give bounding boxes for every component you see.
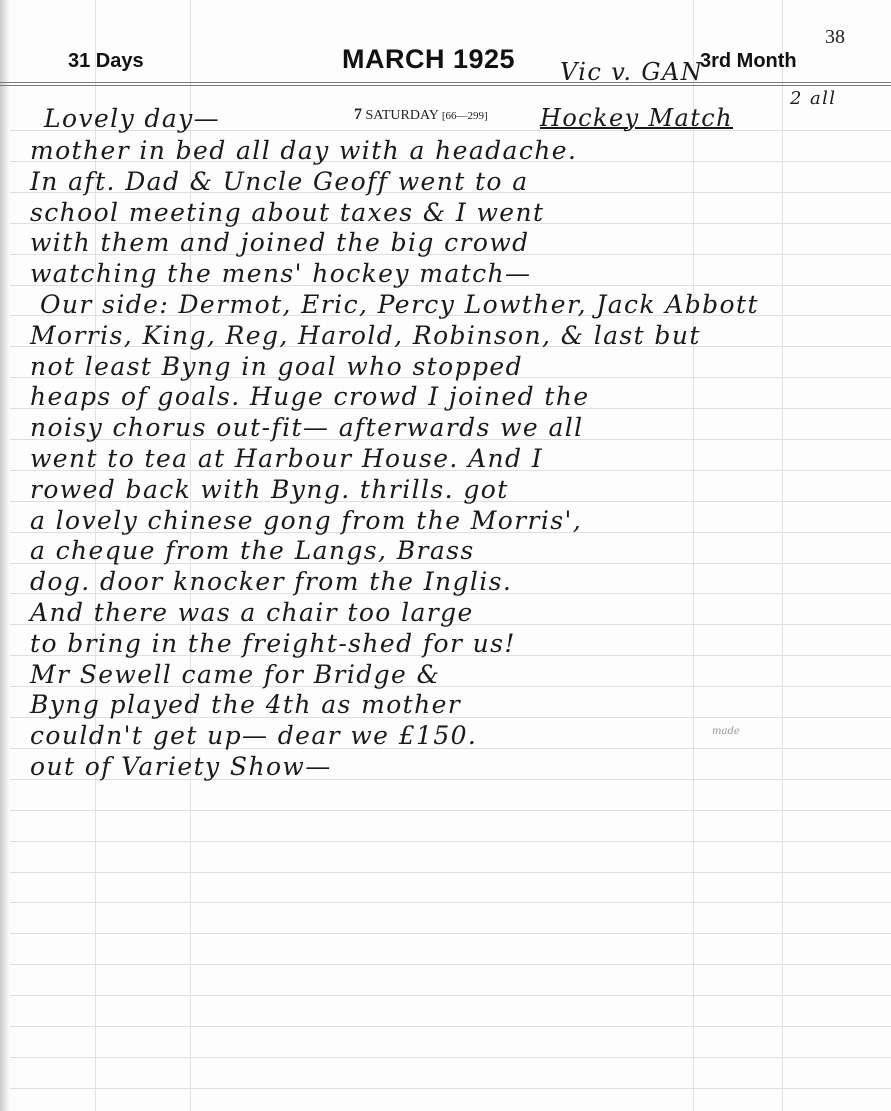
day-count: [66—299]	[442, 110, 488, 122]
page-number: 38	[825, 26, 845, 49]
insertion-note: made	[712, 726, 740, 737]
month-number: 3rd Month	[700, 50, 797, 73]
ruled-horizontal-line	[10, 1088, 891, 1089]
entry-line: couldn't get up— dear we £150.	[30, 721, 477, 750]
days-in-month: 31 Days	[68, 50, 144, 73]
entry-line: went to tea at Harbour House. And I	[30, 444, 543, 473]
score-note: 2 all	[790, 88, 836, 109]
entry-line: And there was a chair too large	[30, 598, 474, 627]
ruled-horizontal-line	[10, 995, 891, 996]
entry-line: with them and joined the big crowd	[30, 228, 530, 257]
ruled-horizontal-line	[10, 1057, 891, 1058]
entry-line: watching the mens' hockey match—	[30, 259, 531, 288]
match-title-note: Hockey Match	[540, 104, 733, 132]
entry-line: rowed back with Byng. thrills. got	[30, 475, 509, 504]
header-rule-bottom	[0, 85, 891, 86]
day-heading: 7 SATURDAY [66—299]	[354, 106, 488, 124]
entry-line: a lovely chinese gong from the Morris',	[30, 506, 582, 535]
entry-line: heaps of goals. Huge crowd I joined the	[30, 382, 590, 411]
entry-line: dog. door knocker from the Inglis.	[30, 567, 512, 596]
entry-line: Byng played the 4th as mother	[30, 690, 461, 719]
entry-line: school meeting about taxes & I went	[30, 198, 544, 227]
entry-line: mother in bed all day with a headache.	[30, 136, 577, 165]
month-year-title: MARCH 1925	[342, 44, 515, 75]
ruled-horizontal-line	[10, 810, 891, 811]
entry-opening: Lovely day—	[44, 104, 220, 133]
entry-line: Morris, King, Reg, Harold, Robinson, & l…	[30, 321, 701, 350]
ruled-horizontal-line	[10, 964, 891, 965]
ruled-horizontal-line	[10, 933, 891, 934]
match-teams-note: Vic v. GAN	[560, 58, 703, 86]
entry-line: out of Variety Show—	[30, 752, 332, 781]
entry-line: to bring in the freight-shed for us!	[30, 629, 516, 658]
entry-line: not least Byng in goal who stopped	[30, 352, 523, 381]
entry-line: Mr Sewell came for Bridge &	[30, 660, 440, 689]
header-rule-top	[0, 82, 891, 83]
entry-line: Our side: Dermot, Eric, Percy Lowther, J…	[40, 290, 759, 319]
entry-line: In aft. Dad & Uncle Geoff went to a	[30, 167, 529, 196]
ruled-vertical-line	[782, 0, 783, 1111]
weekday: SATURDAY	[366, 108, 439, 123]
day-number: 7	[354, 106, 362, 123]
ruled-horizontal-line	[10, 1026, 891, 1027]
ruled-horizontal-line	[10, 902, 891, 903]
ruled-horizontal-line	[10, 841, 891, 842]
diary-page: 38 31 Days MARCH 1925 3rd Month 7 SATURD…	[0, 0, 891, 1111]
page-binding-edge	[0, 0, 10, 1111]
entry-line: a cheque from the Langs, Brass	[30, 536, 475, 565]
ruled-horizontal-line	[10, 872, 891, 873]
entry-line: noisy chorus out-fit— afterwards we all	[30, 413, 584, 442]
ruled-vertical-line	[693, 0, 694, 1111]
